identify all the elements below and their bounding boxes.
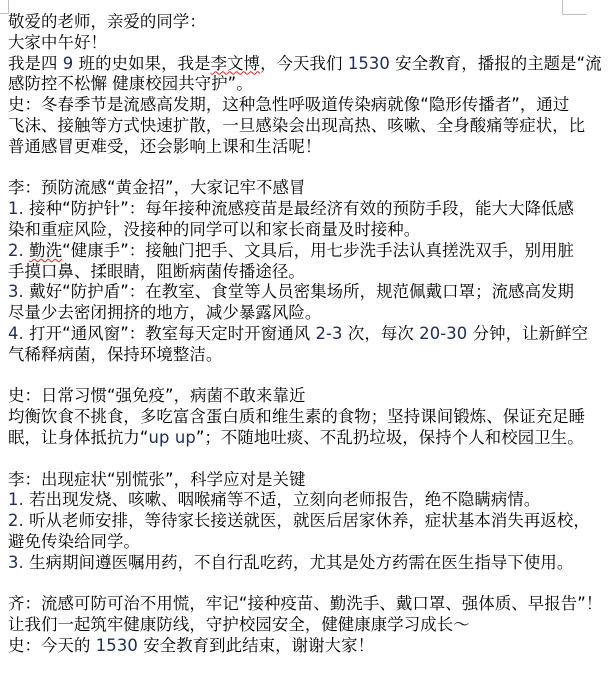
frequency-number: 2-3 <box>316 324 343 343</box>
list-text: “健康手”：接触门把手、文具后，用七步洗手法认真搓洗双手，别用脏 <box>62 241 574 260</box>
document-page[interactable]: 敬爱的老师，亲爱的同学： 大家中午好！ 我是四 9 班的史如果，我是李文博，今天… <box>8 12 564 657</box>
section1-item-2-cont: 手摸口鼻、揉眼睛，阻断病菌传播途径。 <box>8 262 564 283</box>
intro-line-1: 我是四 9 班的史如果，我是李文博，今天我们 1530 安全教育，播报的主题是“… <box>8 54 564 75</box>
intro-text: 我是四 <box>8 54 63 73</box>
list-text: 接种“防护针”：每年接种流感疫苗是最经济有效的预防手段，能大大降低感 <box>29 199 574 218</box>
list-number: 3. <box>8 282 24 301</box>
body-text: 眠，让身体抵抗力“ <box>8 428 149 447</box>
shi-intro-line: 史：冬春季节是流感高发期，这种急性呼吸道传染病就像“隐形传播者”，通过 <box>8 95 564 116</box>
body-text: ”；不随地吐痰、不乱扔垃圾，保持个人和校园卫生。 <box>196 428 584 447</box>
program-number: 1530 <box>348 54 390 73</box>
spellcheck-underlined-word[interactable]: 勤洗 <box>29 241 62 260</box>
page-corner-mark-right <box>562 0 587 15</box>
spellcheck-underlined-name[interactable]: 李文博 <box>211 54 260 73</box>
list-number: 2. <box>8 241 24 260</box>
section1-heading: 李：预防流感“黄金招”，大家记牢不感冒 <box>8 178 564 199</box>
duration-number: 20-30 <box>419 324 467 343</box>
section1-item-2: 2. 勤洗“健康手”：接触门把手、文具后，用七步洗手法认真搓洗双手，别用脏 <box>8 241 564 262</box>
body-text: 史：今天的 <box>8 636 96 655</box>
section2-line-1: 均衡饮食不挑食，多吃富含蛋白质和维生素的食物；坚持课间锻炼、保证充足睡 <box>8 407 564 428</box>
intro-text: 班的史如果，我是 <box>73 54 210 73</box>
hello-line: 大家中午好！ <box>8 33 564 54</box>
section1-item-4-cont: 气稀释病菌，保持环境整洁。 <box>8 345 564 366</box>
program-number: 1530 <box>96 636 138 655</box>
section1-item-1: 1. 接种“防护针”：每年接种流感疫苗是最经济有效的预防手段，能大大降低感 <box>8 199 564 220</box>
list-text: 分钟，让新鲜空 <box>467 324 588 343</box>
blank-line <box>8 366 564 387</box>
intro-text: ，今天我们 <box>260 54 348 73</box>
section1-item-4: 4. 打开“通风窗”：教室每天定时开窗通风 2-3 次，每次 20-30 分钟，… <box>8 324 564 345</box>
blank-line <box>8 158 564 179</box>
blank-line <box>8 449 564 470</box>
list-text: 听从老师安排，等待家长接送就医，就医后居家休养，症状基本消失再返校， <box>29 511 590 530</box>
section2-heading: 史：日常习惯“强免疫”，病菌不敢来靠近 <box>8 386 564 407</box>
section3-item-2-cont: 避免传染给同学。 <box>8 532 564 553</box>
section1-item-3: 3. 戴好“防护盾”：在教室、食堂等人员密集场所，规范佩戴口罩；流感高发期 <box>8 282 564 303</box>
section2-line-2: 眠，让身体抵抗力“up up”；不随地吐痰、不乱扔垃圾，保持个人和校园卫生。 <box>8 428 564 449</box>
list-text: 生病期间遵医嘱用药，不自行乱吃药，尤其是处方药需在医生指导下使用。 <box>29 553 573 572</box>
greeting-line: 敬爱的老师，亲爱的同学： <box>8 12 564 33</box>
section3-item-1: 1. 若出现发烧、咳嗽、咽喉痛等不适，立刻向老师报告，绝不隐瞒病情。 <box>8 490 564 511</box>
class-number: 9 <box>63 54 74 73</box>
closing-line-3: 史：今天的 1530 安全教育到此结束，谢谢大家！ <box>8 636 564 657</box>
closing-line-2: 让我们一起筑牢健康防线，守护校园安全，健健康康学习成长～ <box>8 615 564 636</box>
list-number: 2. <box>8 511 24 530</box>
list-number: 4. <box>8 324 24 343</box>
list-number: 3. <box>8 553 24 572</box>
intro-line-2: 感防控不松懈 健康校园共守护”。 <box>8 74 564 95</box>
english-phrase: up up <box>149 428 196 447</box>
section3-heading: 李：出现症状“别慌张”，科学应对是关键 <box>8 470 564 491</box>
list-text: 打开“通风窗”：教室每天定时开窗通风 <box>29 324 315 343</box>
shi-intro-line: 普通感冒更难受，还会影响上课和生活呢！ <box>8 137 564 158</box>
section1-item-1-cont: 染和重症风险，没接种的同学可以和家长商量及时接种。 <box>8 220 564 241</box>
intro-text: 安全教育，播报的主题是“流 <box>390 54 602 73</box>
list-text: 若出现发烧、咳嗽、咽喉痛等不适，立刻向老师报告，绝不隐瞒病情。 <box>29 490 540 509</box>
section1-item-3-cont: 尽量少去密闭拥挤的地方，减少暴露风险。 <box>8 303 564 324</box>
section3-item-2: 2. 听从老师安排，等待家长接送就医，就医后居家休养，症状基本消失再返校， <box>8 511 564 532</box>
list-text: 戴好“防护盾”：在教室、食堂等人员密集场所，规范佩戴口罩；流感高发期 <box>29 282 574 301</box>
section3-item-3: 3. 生病期间遵医嘱用药，不自行乱吃药，尤其是处方药需在医生指导下使用。 <box>8 553 564 574</box>
list-text: 次，每次 <box>343 324 420 343</box>
list-number: 1. <box>8 490 24 509</box>
blank-line <box>8 574 564 595</box>
closing-line-1: 齐：流感可防可治不用慌，牢记“接种疫苗、勤洗手、戴口罩、强体质、早报告”！ <box>8 594 564 615</box>
body-text: 安全教育到此结束，谢谢大家！ <box>138 636 374 655</box>
shi-intro-line: 飞沫、接触等方式快速扩散，一旦感染会出现高热、咳嗽、全身酸痛等症状，比 <box>8 116 564 137</box>
list-number: 1. <box>8 199 24 218</box>
